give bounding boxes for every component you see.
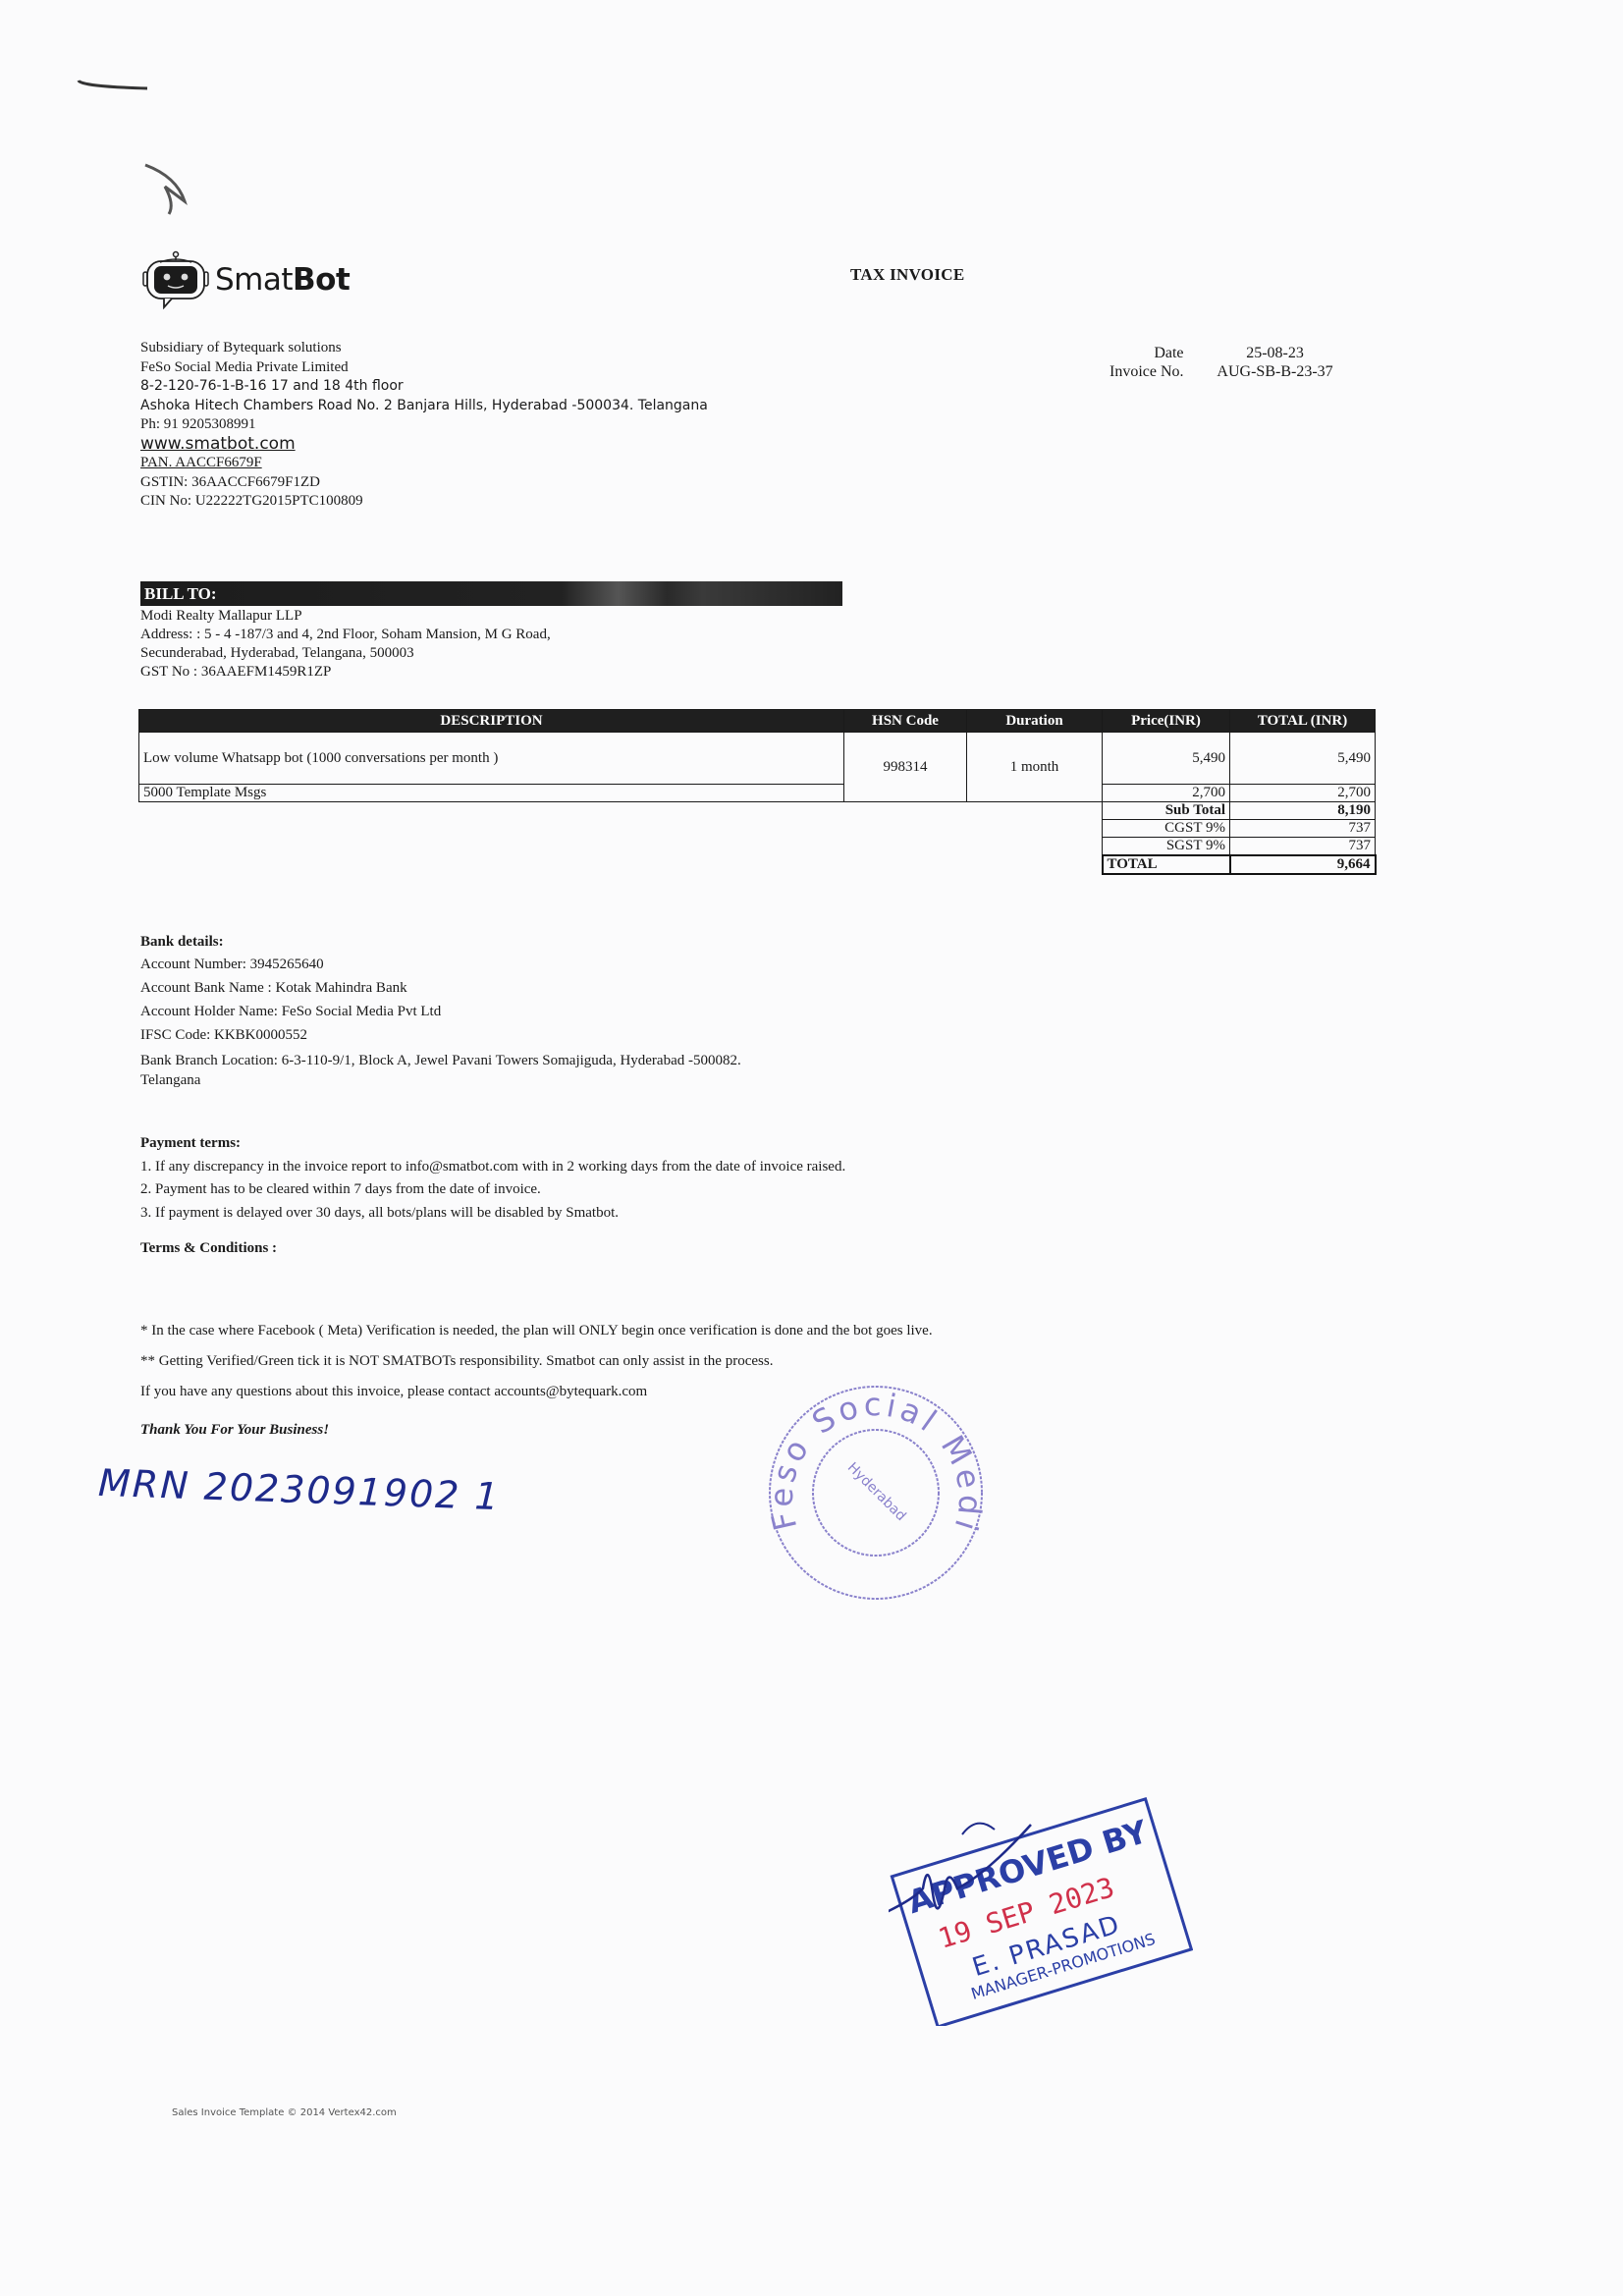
item-description: 5000 Template Msgs — [139, 785, 844, 802]
cgst-label: CGST 9% — [1103, 820, 1230, 838]
approval-stamp: APPROVED BY 19 SEP 2023 E. PRASAD MANAGE… — [889, 1795, 1193, 2026]
item-total: 2,700 — [1230, 785, 1376, 802]
summary-row-cgst: CGST 9% 737 — [139, 820, 1376, 838]
thank-you-note: Thank You For Your Business! — [140, 1422, 329, 1439]
company-legal-name: FeSo Social Media Private Limited — [140, 358, 708, 378]
company-gstin: GSTIN: 36AACCF6679F1ZD — [140, 473, 708, 493]
grand-total-value: 9,664 — [1230, 855, 1376, 874]
grand-total-label: TOTAL — [1103, 855, 1230, 874]
brand-name: SmatBot — [215, 262, 350, 298]
client-gst: GST No : 36AAEFM1459R1ZP — [140, 663, 551, 682]
invoice-number-value: AUG-SB-B-23-37 — [1202, 362, 1349, 381]
date-label: Date — [1109, 344, 1202, 362]
company-phone: Ph: 91 9205308991 — [140, 415, 708, 435]
table-row: 5000 Template Msgs 2,700 2,700 — [139, 785, 1376, 802]
item-price: 2,700 — [1103, 785, 1230, 802]
item-description: Low volume Whatsapp bot (1000 conversati… — [139, 733, 844, 785]
handwritten-mrn-note: MRN 2023091902 1 — [97, 1461, 501, 1518]
company-cin: CIN No: U22222TG2015PTC100809 — [140, 492, 708, 512]
payment-term-item: 3. If payment is delayed over 30 days, a… — [140, 1202, 845, 1226]
seal-outer-text: Feso Social Media Pvt. Ltd. — [758, 1380, 990, 1539]
client-name: Modi Realty Mallapur LLP — [140, 607, 551, 626]
summary-row-total: TOTAL 9,664 — [139, 855, 1376, 874]
cgst-value: 737 — [1230, 820, 1376, 838]
brand-logo: SmatBot — [140, 250, 350, 309]
company-info: Subsidiary of Bytequark solutions FeSo S… — [140, 339, 708, 512]
item-hsn: 998314 — [844, 733, 967, 802]
document-title: TAX INVOICE — [850, 265, 964, 285]
account-number: Account Number: 3945265640 — [140, 953, 741, 976]
payment-terms: Payment terms: 1. If any discrepancy in … — [140, 1132, 845, 1225]
template-footer: Sales Invoice Template © 2014 Vertex42.c… — [172, 2107, 397, 2118]
company-address-line2: Ashoka Hitech Chambers Road No. 2 Banjar… — [140, 397, 708, 416]
bank-branch-line2: Telangana — [140, 1070, 741, 1090]
line-items-table: DESCRIPTION HSN Code Duration Price(INR)… — [138, 709, 1377, 875]
client-address-line1: Address: : 5 - 4 -187/3 and 4, 2nd Floor… — [140, 626, 551, 644]
payment-term-item: 1. If any discrepancy in the invoice rep… — [140, 1156, 845, 1179]
sgst-value: 737 — [1230, 838, 1376, 856]
col-description: DESCRIPTION — [139, 710, 844, 733]
bank-details: Bank details: Account Number: 3945265640… — [140, 931, 741, 1090]
summary-row-sgst: SGST 9% 737 — [139, 838, 1376, 856]
col-hsn-code: HSN Code — [844, 710, 967, 733]
payment-term-item: 2. Payment has to be cleared within 7 da… — [140, 1178, 845, 1202]
col-price: Price(INR) — [1103, 710, 1230, 733]
subtotal-value: 8,190 — [1230, 802, 1376, 820]
summary-row-subtotal: Sub Total 8,190 — [139, 802, 1376, 820]
svg-text:Feso Social Media Pvt. Ltd.: Feso Social Media Pvt. Ltd. — [758, 1380, 990, 1539]
sgst-label: SGST 9% — [1103, 838, 1230, 856]
payment-terms-heading: Payment terms: — [140, 1132, 845, 1156]
invoice-number-label: Invoice No. — [1109, 362, 1202, 381]
company-seal: Feso Social Media Pvt. Ltd. Hyderabad — [758, 1380, 994, 1606]
account-holder: Account Holder Name: FeSo Social Media P… — [140, 1000, 741, 1023]
subtotal-label: Sub Total — [1103, 802, 1230, 820]
bill-to-block: Modi Realty Mallapur LLP Address: : 5 - … — [140, 607, 551, 682]
bank-branch-line1: Bank Branch Location: 6-3-110-9/1, Block… — [140, 1051, 741, 1070]
invoice-meta: Date 25-08-23 Invoice No. AUG-SB-B-23-37 — [1109, 344, 1349, 381]
subsidiary-line: Subsidiary of Bytequark solutions — [140, 339, 708, 358]
seal-inner-text: Hyderabad — [844, 1459, 909, 1524]
table-row: Low volume Whatsapp bot (1000 conversati… — [139, 733, 1376, 785]
col-total: TOTAL (INR) — [1230, 710, 1376, 733]
item-total: 5,490 — [1230, 733, 1376, 785]
bank-details-heading: Bank details: — [140, 931, 741, 953]
company-pan: PAN. AACCF6679F — [140, 454, 708, 473]
robot-chat-icon — [140, 250, 211, 309]
col-duration: Duration — [967, 710, 1103, 733]
company-address-line1: 8-2-120-76-1-B-16 17 and 18 4th floor — [140, 377, 708, 397]
item-duration: 1 month — [967, 733, 1103, 802]
scan-marks — [39, 39, 353, 236]
client-address-line2: Secunderabad, Hyderabad, Telangana, 5000… — [140, 644, 551, 663]
bank-name: Account Bank Name : Kotak Mahindra Bank — [140, 976, 741, 1000]
item-price: 5,490 — [1103, 733, 1230, 785]
bill-to-heading: BILL TO: — [140, 581, 842, 606]
note-item: ** Getting Verified/Green tick it is NOT… — [140, 1346, 933, 1377]
date-value: 25-08-23 — [1202, 344, 1349, 362]
terms-heading: Terms & Conditions : — [140, 1240, 277, 1257]
ifsc-code: IFSC Code: KKBK0000552 — [140, 1023, 741, 1047]
company-website-link[interactable]: www.smatbot.com — [140, 435, 708, 455]
note-item: * In the case where Facebook ( Meta) Ver… — [140, 1316, 933, 1346]
table-header-row: DESCRIPTION HSN Code Duration Price(INR)… — [139, 710, 1376, 733]
